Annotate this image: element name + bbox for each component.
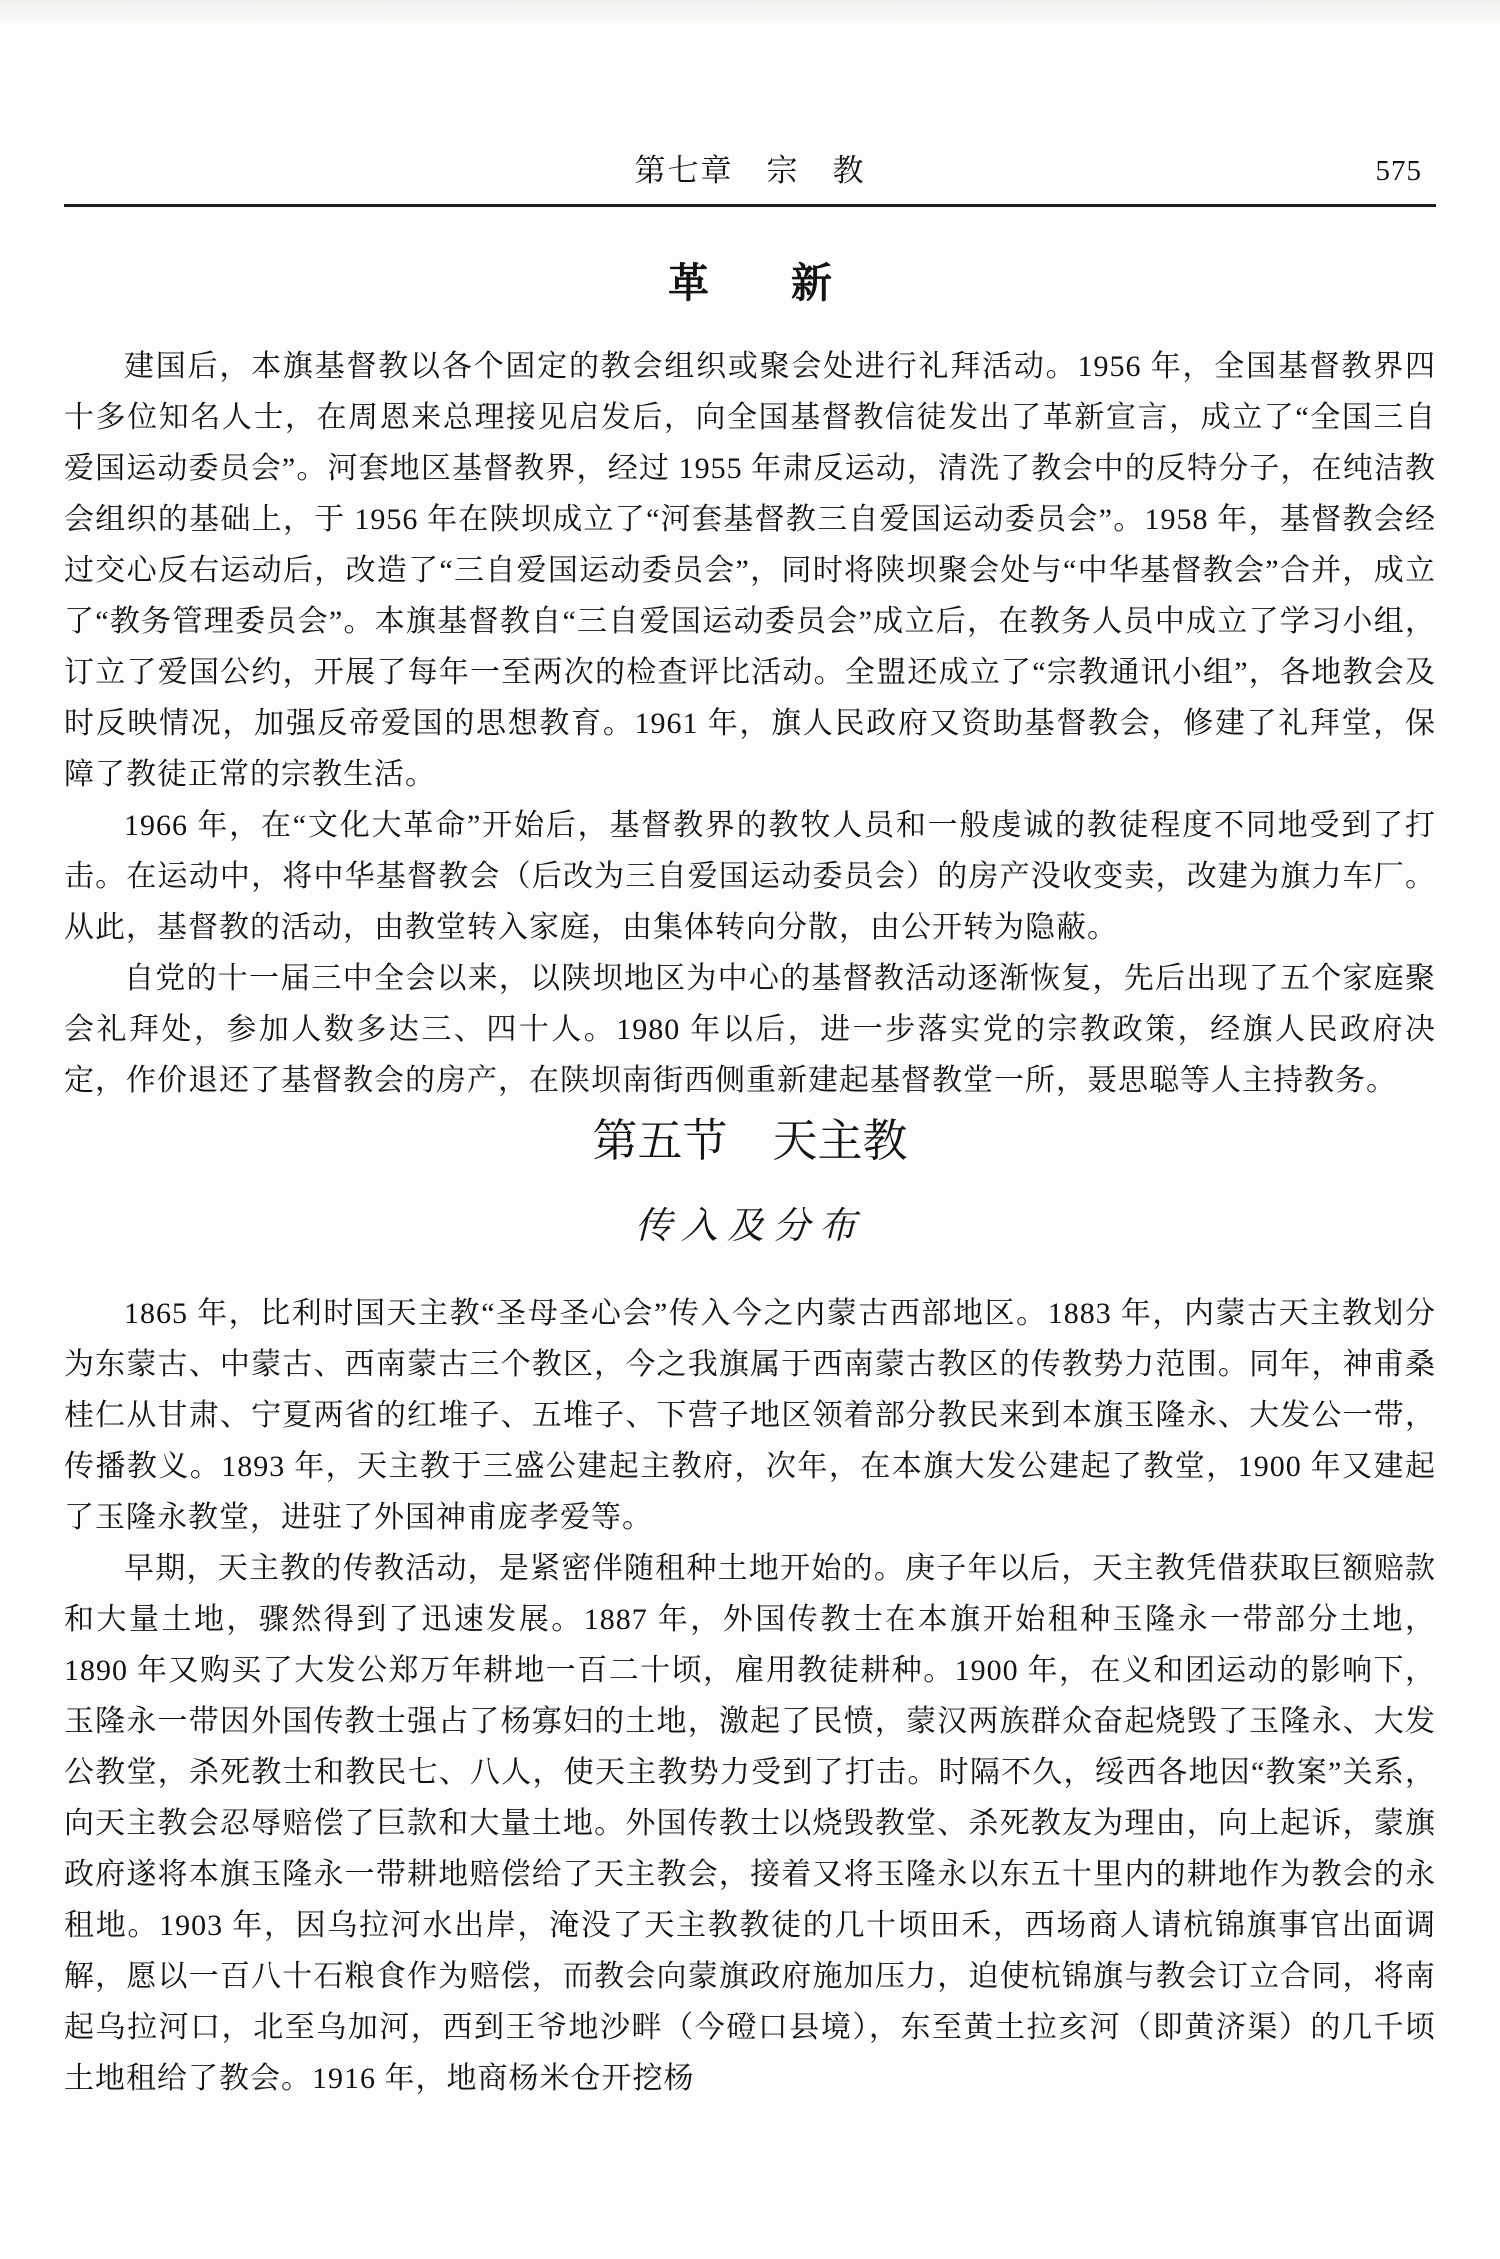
paragraph-reform-3: 自党的十一届三中全会以来，以陕坝地区为中心的基督教活动逐渐恢复，先后出现了五个家… [64, 953, 1436, 1106]
heading-introduction-and-distribution: 传入及分布 [64, 1204, 1436, 1250]
scanned-book-page: 第七章 宗 教 575 革 新 建国后，本旗基督教以各个固定的教会组织或聚会处进… [0, 0, 1500, 2259]
page-number: 575 [1376, 152, 1423, 190]
reform-section-text: 建国后，本旗基督教以各个固定的教会组织或聚会处进行礼拜活动。1956 年，全国基… [64, 341, 1436, 1106]
page-header: 第七章 宗 教 575 [64, 0, 1436, 207]
heading-section-5-catholicism: 第五节 天主教 [64, 1112, 1436, 1170]
paragraph-reform-2: 1966 年，在“文化大革命”开始后，基督教界的教牧人员和一般虔诚的教徒程度不同… [64, 800, 1436, 953]
header-rule [64, 204, 1436, 207]
catholic-section-text: 1865 年，比利时国天主教“圣母圣心会”传入今之内蒙古西部地区。1883 年，… [64, 1288, 1436, 2104]
paragraph-catholic-2: 早期，天主教的传教活动，是紧密伴随租种土地开始的。庚子年以后，天主教凭借获取巨额… [64, 1543, 1436, 2104]
paragraph-reform-1: 建国后，本旗基督教以各个固定的教会组织或聚会处进行礼拜活动。1956 年，全国基… [64, 341, 1436, 800]
running-header-title: 第七章 宗 教 [635, 153, 866, 188]
heading-reform: 革 新 [64, 259, 1436, 307]
paragraph-catholic-1: 1865 年，比利时国天主教“圣母圣心会”传入今之内蒙古西部地区。1883 年，… [64, 1288, 1436, 1543]
page-body: 革 新 建国后，本旗基督教以各个固定的教会组织或聚会处进行礼拜活动。1956 年… [64, 259, 1436, 2104]
